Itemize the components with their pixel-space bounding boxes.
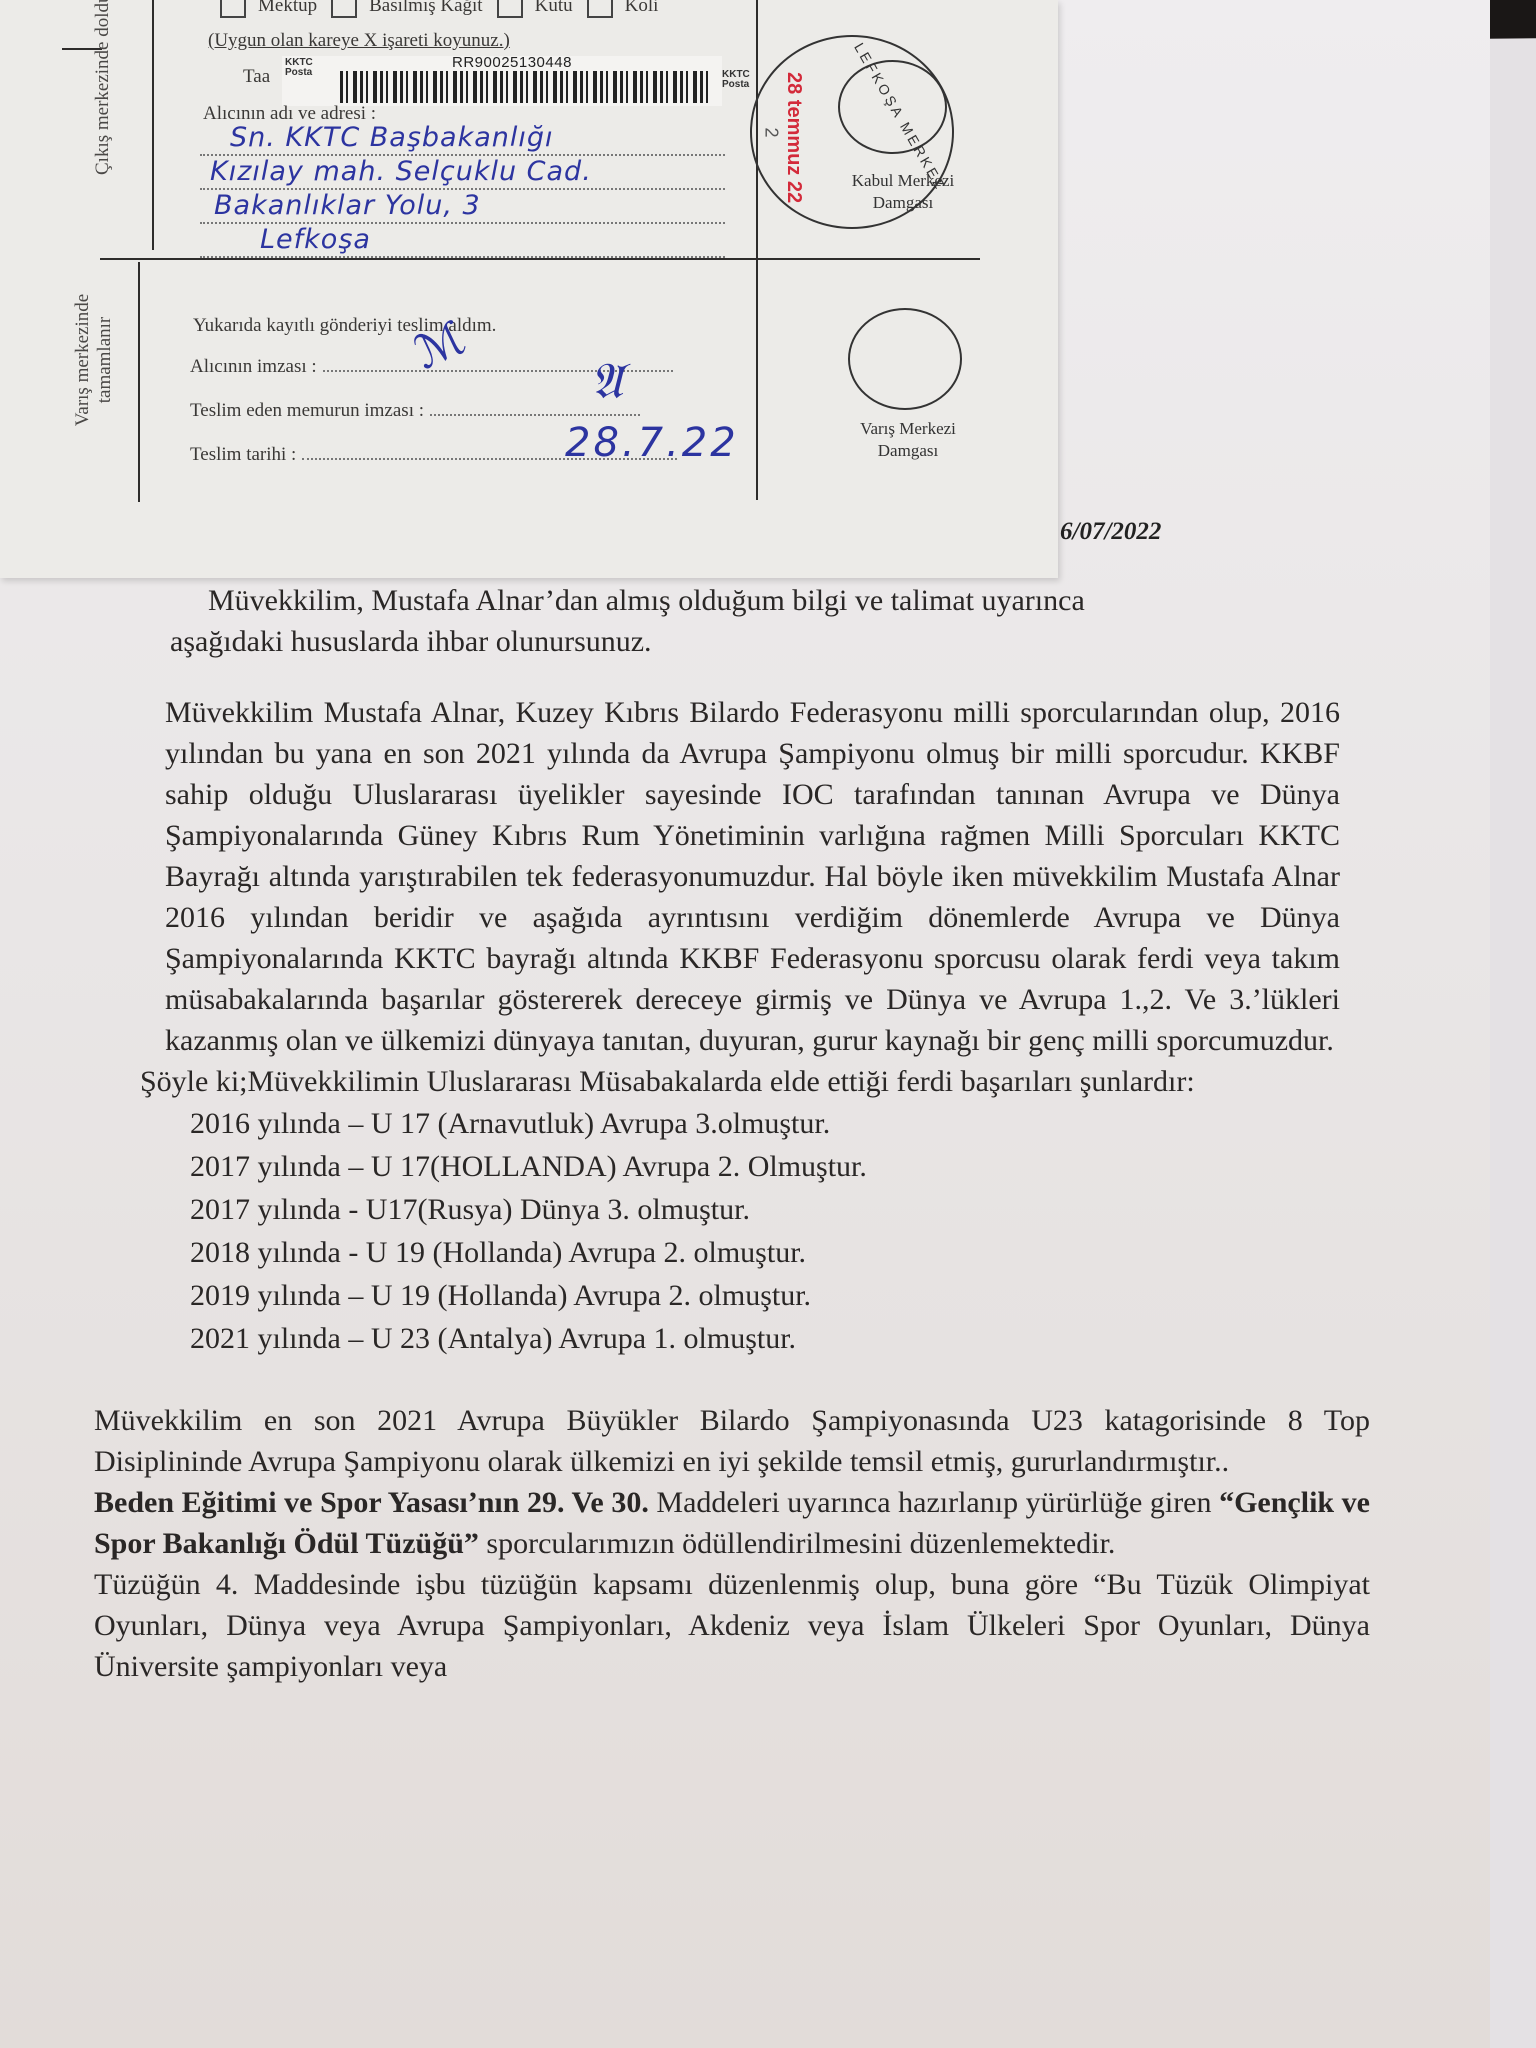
- address-line: Kızılay mah. Selçuklu Cad.: [200, 156, 725, 190]
- paragraph-regulation-scope: Tüzüğün 4. Maddesinde işbu tüzüğün kapsa…: [94, 1564, 1370, 1687]
- checkbox-icon: [587, 0, 613, 18]
- registered-mail-receipt: Çıkış merkezinde doldurulur. Varış merke…: [0, 0, 1058, 578]
- divider: [756, 0, 758, 500]
- checkbox-label: Mektup: [258, 0, 317, 17]
- letter-date: 6/07/2022: [1060, 518, 1161, 546]
- law-text: Maddeleri uyarınca hazırlanıp yürürlüğe …: [649, 1486, 1219, 1519]
- checkbox-icon: [220, 0, 246, 18]
- law-reference: Beden Eğitimi ve Spor Yasası’nın 29. Ve …: [94, 1486, 649, 1519]
- acceptance-stamp-caption: Kabul Merkezi Damgası: [833, 170, 973, 214]
- officer-signature-icon: 𝔄: [590, 352, 623, 411]
- checkbox-letter[interactable]: Mektup: [220, 0, 317, 18]
- checkbox-instruction: (Uygun olan kareye X işareti koyunuz.): [208, 30, 510, 52]
- checkbox-icon: [497, 0, 523, 18]
- law-text-end: sporcularımızın ödüllendirilmesini düzen…: [479, 1527, 1116, 1560]
- achievements-list: 2016 yılında – U 17 (Arnavutluk) Avrupa …: [140, 1102, 1310, 1360]
- counter-number: 2: [761, 127, 782, 137]
- intro-line: aşağıdaki hususlarda ihbar olunursunuz.: [170, 621, 1370, 662]
- address-line: Bakanlıklar Yolu, 3: [200, 190, 725, 224]
- arrival-center-label: Varış merkezinde tamamlanır: [72, 270, 116, 450]
- checkbox-parcel[interactable]: Koli: [587, 0, 659, 18]
- divider: [138, 262, 140, 502]
- address-line: Sn. KKTC Başbakanlığı: [200, 122, 725, 156]
- delivery-date-handwritten: 28.7.22: [565, 420, 739, 466]
- item-type-checkboxes: Mektup Basılmış Kağıt Kutu Koli: [220, 0, 658, 18]
- checkbox-box[interactable]: Kutu: [497, 0, 573, 18]
- barcode-icon: [340, 71, 710, 103]
- achievement-item: 2019 yılında – U 19 (Hollanda) Avrupa 2.…: [190, 1274, 1310, 1317]
- letter-body: Müvekkilim, Mustafa Alnar’dan almış oldu…: [70, 580, 1370, 1687]
- field-label: Alıcının imzası :: [190, 356, 317, 378]
- checkbox-icon: [331, 0, 357, 18]
- officer-signature-field: Teslim eden memurun imzası :: [190, 400, 640, 422]
- checkbox-printed-paper[interactable]: Basılmış Kağıt: [331, 0, 482, 18]
- checkbox-label: Basılmış Kağıt: [369, 0, 482, 17]
- postmark-date: 28 temmuz 22: [782, 72, 805, 203]
- achievements-intro: Şöyle ki;Müvekkilimin Uluslararası Müsab…: [140, 1061, 1310, 1102]
- intro-paragraph: Müvekkilim, Mustafa Alnar’dan almış oldu…: [70, 580, 1370, 662]
- arrival-stamp-caption: Varış Merkezi Damgası: [843, 418, 973, 462]
- achievement-item: 2016 yılında – U 17 (Arnavutluk) Avrupa …: [190, 1102, 1310, 1145]
- tag-label: Taa: [243, 66, 270, 88]
- tracking-number: RR90025130448: [452, 54, 572, 71]
- departure-center-label: Çıkış merkezinde doldurulur.: [92, 0, 114, 175]
- tracking-barcode-sticker: KKTC Posta RR90025130448 KKTC Posta: [282, 56, 722, 106]
- divider: [152, 0, 154, 250]
- arrival-stamp-circle-icon: [848, 308, 962, 410]
- divider: [100, 258, 980, 260]
- paragraph-2021-championship: Müvekkilim en son 2021 Avrupa Büyükler B…: [94, 1400, 1370, 1482]
- achievement-item: 2018 yılında - U 19 (Hollanda) Avrupa 2.…: [190, 1231, 1310, 1274]
- checkbox-label: Kutu: [535, 0, 573, 17]
- posta-logo: KKTC Posta: [285, 58, 335, 78]
- address-line: Lefkoşa: [200, 224, 725, 258]
- field-label: Teslim tarihi :: [190, 444, 296, 466]
- posta-logo: KKTC Posta: [722, 70, 756, 90]
- paragraph-athlete-background: Müvekkilim Mustafa Alnar, Kuzey Kıbrıs B…: [70, 692, 1370, 1061]
- achievement-item: 2021 yılında – U 23 (Antalya) Avrupa 1. …: [190, 1317, 1310, 1360]
- recipient-address: Sn. KKTC Başbakanlığı Kızılay mah. Selçu…: [200, 122, 725, 258]
- achievement-item: 2017 yılında - U17(Rusya) Dünya 3. olmuş…: [190, 1188, 1310, 1231]
- paragraph-sports-law: Beden Eğitimi ve Spor Yasası’nın 29. Ve …: [94, 1482, 1370, 1564]
- achievement-item: 2017 yılında – U 17(HOLLANDA) Avrupa 2. …: [190, 1145, 1310, 1188]
- checkbox-label: Koli: [625, 0, 659, 17]
- field-label: Teslim eden memurun imzası :: [190, 400, 424, 422]
- intro-line: Müvekkilim, Mustafa Alnar’dan almış oldu…: [208, 580, 1370, 621]
